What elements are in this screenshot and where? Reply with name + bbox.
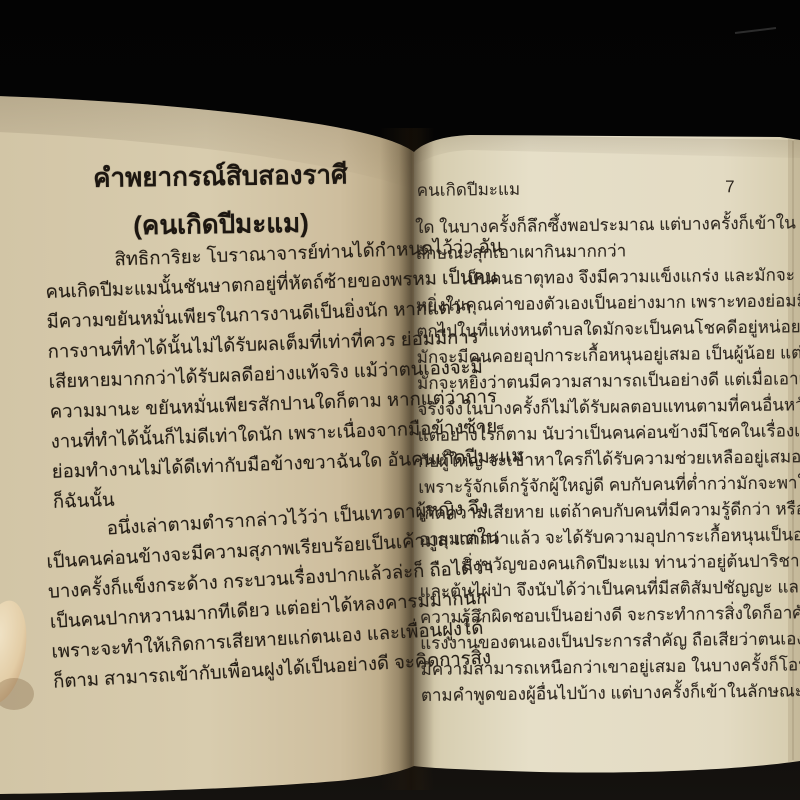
book-photo: คำพยากรณ์สิบสองราศี (คนเกิดปีมะแม) สิทธิ… [0,0,800,800]
text-line: ตามคำพูดของผู้อื่นไปบ้าง แต่บางครั้งก็เข… [421,679,783,709]
left-paragraph-2: อนึ่งเล่าตามตำรากล่าวไว้ว่า เป็นเทวดาผู้… [44,497,411,697]
chapter-heading-line1: คำพยากรณ์สิบสองราศี [58,150,383,203]
right-paragraph-3: มิ่งขวัญของคนเกิดปีมะแม ท่านว่าอยู่ต้นปา… [419,549,783,709]
right-page-content: คนเกิดปีมะแม 7 ใด ในบางครั้งก็ลึกซึ้งพอป… [414,133,796,773]
chapter-heading: คำพยากรณ์สิบสองราศี (คนเกิดปีมะแม) [58,150,383,251]
text-line: ใด ในบางครั้งก็ลึกซึ้งพอประมาณ แต่บางครั… [415,211,777,241]
running-header-row: คนเกิดปีมะแม 7 [417,173,735,204]
right-page-text: คนเกิดปีมะแม 7 ใด ในบางครั้งก็ลึกซึ้งพอป… [414,128,800,773]
left-paragraph-1: สิทธิการิยะ โบราณาจารย์ท่านได้กำหนดไว้ว่… [44,235,411,517]
right-paragraph-1: ใด ในบางครั้งก็ลึกซึ้งพอประมาณ แต่บางครั… [415,211,778,267]
running-header: คนเกิดปีมะแม [417,176,521,204]
scratch-mark [735,28,776,33]
page-number: 7 [725,177,735,197]
right-paragraph-2: เป็นคนธาตุทอง จึงมีความแข็งแกร่ง และมักจ… [416,263,781,553]
